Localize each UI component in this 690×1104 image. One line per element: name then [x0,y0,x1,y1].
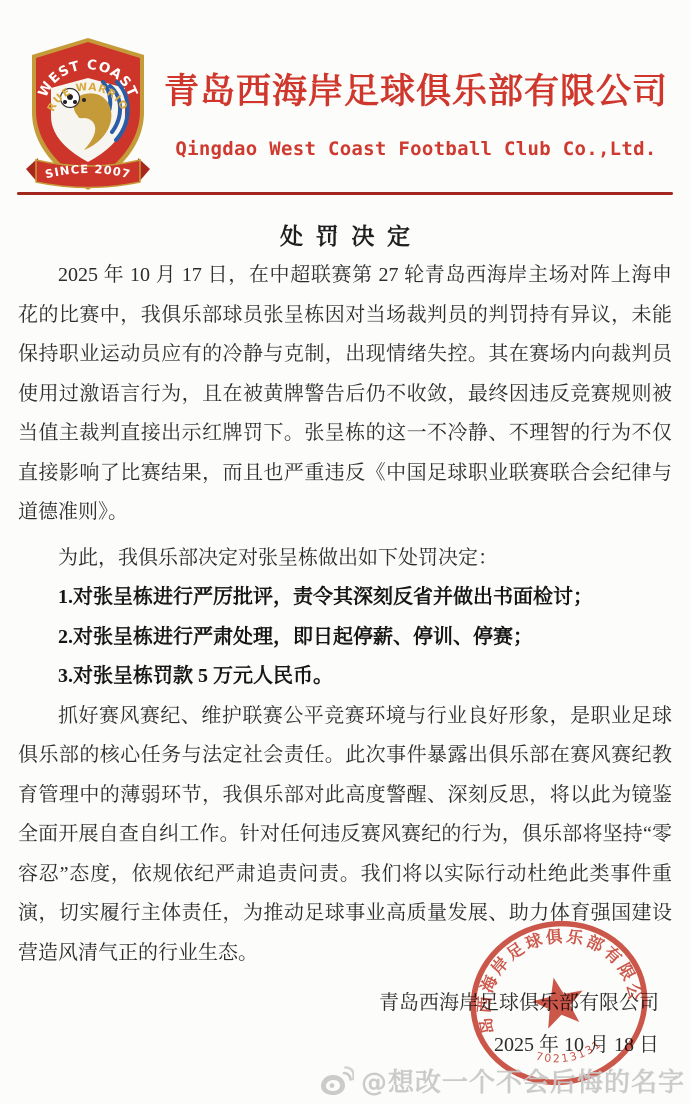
paragraph-decision-lead: 为此，我俱乐部决定对张呈栋做出如下处罚决定： [18,539,672,579]
decision-item-1: 1.对张呈栋进行严厉批评，责令其深刻反省并做出书面检讨； [18,578,672,618]
company-name-en: Qingdao West Coast Football Club Co.,Ltd… [152,138,680,160]
weibo-watermark: @想改一个不会后悔的名字 [320,1062,685,1099]
punishment-notice-document: WEST COAST TRUE WARRIOR SINCE 2007 青岛西海岸… [0,0,690,1104]
signature-block: 青岛西海岸足球俱乐部有限公司 2025 年 10 月 18 日 [379,982,659,1066]
decision-item-2: 2.对张呈栋进行严肃处理，即日起停薪、停训、停赛； [18,618,672,658]
letterhead: 青岛西海岸足球俱乐部有限公司 Qingdao West Coast Footba… [152,58,680,160]
club-logo: WEST COAST TRUE WARRIOR SINCE 2007 [26,36,150,196]
dragon-eye [82,98,86,102]
signature-date: 2025 年 10 月 18 日 [379,1024,659,1066]
paragraph-closing: 抓好赛风赛纪、维护联赛公平竞赛环境与行业良好形象，是职业足球俱乐部的核心任务与法… [18,697,672,974]
document-body: 2025 年 10 月 17 日，在中超联赛第 27 轮青岛西海岸主场对阵上海申… [18,256,672,973]
weibo-eye-icon [320,1066,354,1096]
decision-item-3: 3.对张呈栋罚款 5 万元人民币。 [18,657,672,697]
signature-company: 青岛西海岸足球俱乐部有限公司 [379,982,659,1024]
watermark-text: @想改一个不会后悔的名字 [361,1062,685,1099]
letterhead-divider [17,192,673,195]
company-name-cn: 青岛西海岸足球俱乐部有限公司 [152,70,680,114]
document-title: 处罚决定 [0,218,690,251]
paragraph-incident: 2025 年 10 月 17 日，在中超联赛第 27 轮青岛西海岸主场对阵上海申… [18,256,672,533]
